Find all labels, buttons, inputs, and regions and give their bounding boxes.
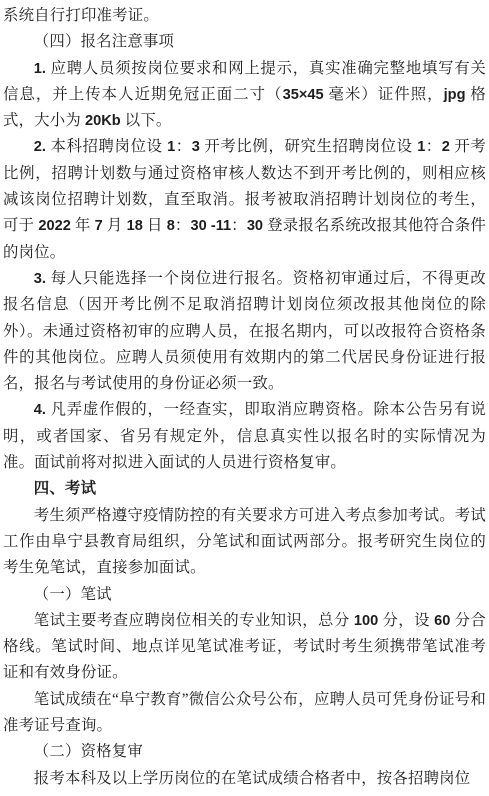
- paragraph: 笔试主要考查应聘岗位相关的专业知识，总分 100 分，设 60 分合格线。笔试时…: [3, 608, 486, 687]
- document-page: 系统自行打印准考证。（四）报名注意事项1. 应聘人员须按岗位要求和网上提示，真实…: [0, 0, 489, 796]
- paragraph: （二）资格复审: [3, 739, 486, 765]
- paragraph: （一）笔试: [3, 582, 486, 608]
- latin-text: 4.: [34, 402, 46, 418]
- latin-text: 30: [247, 218, 263, 234]
- paragraph: 报考本科及以上学历岗位的在笔试成绩合格者中，按各招聘岗位: [3, 766, 486, 792]
- paragraph: 笔试成绩在“阜宁教育”微信公众号公布，应聘人员可凭身份证号和准考证号查询。: [3, 687, 486, 740]
- latin-text: 18: [127, 218, 143, 234]
- latin-text: 1: [417, 139, 425, 155]
- latin-text: 30: [191, 218, 207, 234]
- latin-text: 1: [167, 139, 175, 155]
- latin-text: 2.: [34, 139, 46, 155]
- latin-text: 8: [167, 218, 175, 234]
- latin-text: 20Kb: [85, 113, 121, 129]
- latin-text: 2022: [38, 218, 70, 234]
- paragraph: 系统自行打印准考证。: [3, 3, 486, 29]
- paragraph: 考生须严格遵守疫情防控的有关要求方可进入考点参加考试。考试工作由阜宁县教育局组织…: [3, 503, 486, 582]
- latin-text: -11: [211, 218, 231, 234]
- latin-text: 35×45: [283, 87, 324, 103]
- paragraph: 四、考试: [3, 476, 486, 502]
- paragraph: 1. 应聘人员须按岗位要求和网上提示，真实准确完整地填写有关信息，并上传本人近期…: [3, 56, 486, 135]
- latin-text: 60: [434, 613, 450, 629]
- latin-text: 3.: [34, 271, 46, 287]
- latin-text: 7: [95, 218, 103, 234]
- latin-text: 100: [354, 613, 378, 629]
- document-body: 系统自行打印准考证。（四）报名注意事项1. 应聘人员须按岗位要求和网上提示，真实…: [3, 3, 486, 792]
- paragraph: 3. 每人只能选择一个岗位进行报名。资格初审通过后，不得更改报名信息（因开考比例…: [3, 266, 486, 397]
- latin-text: jpg: [444, 87, 466, 103]
- latin-text: 3: [192, 139, 200, 155]
- paragraph: 4. 凡弄虚作假的，一经查实，即取消应聘资格。除本公告另有说明，或者国家、省另有…: [3, 397, 486, 476]
- paragraph: 2. 本科招聘岗位设 1：3 开考比例，研究生招聘岗位设 1：2 开考比例，招聘…: [3, 134, 486, 265]
- paragraph: （四）报名注意事项: [3, 29, 486, 55]
- latin-text: 1.: [34, 61, 46, 77]
- latin-text: 2: [442, 139, 450, 155]
